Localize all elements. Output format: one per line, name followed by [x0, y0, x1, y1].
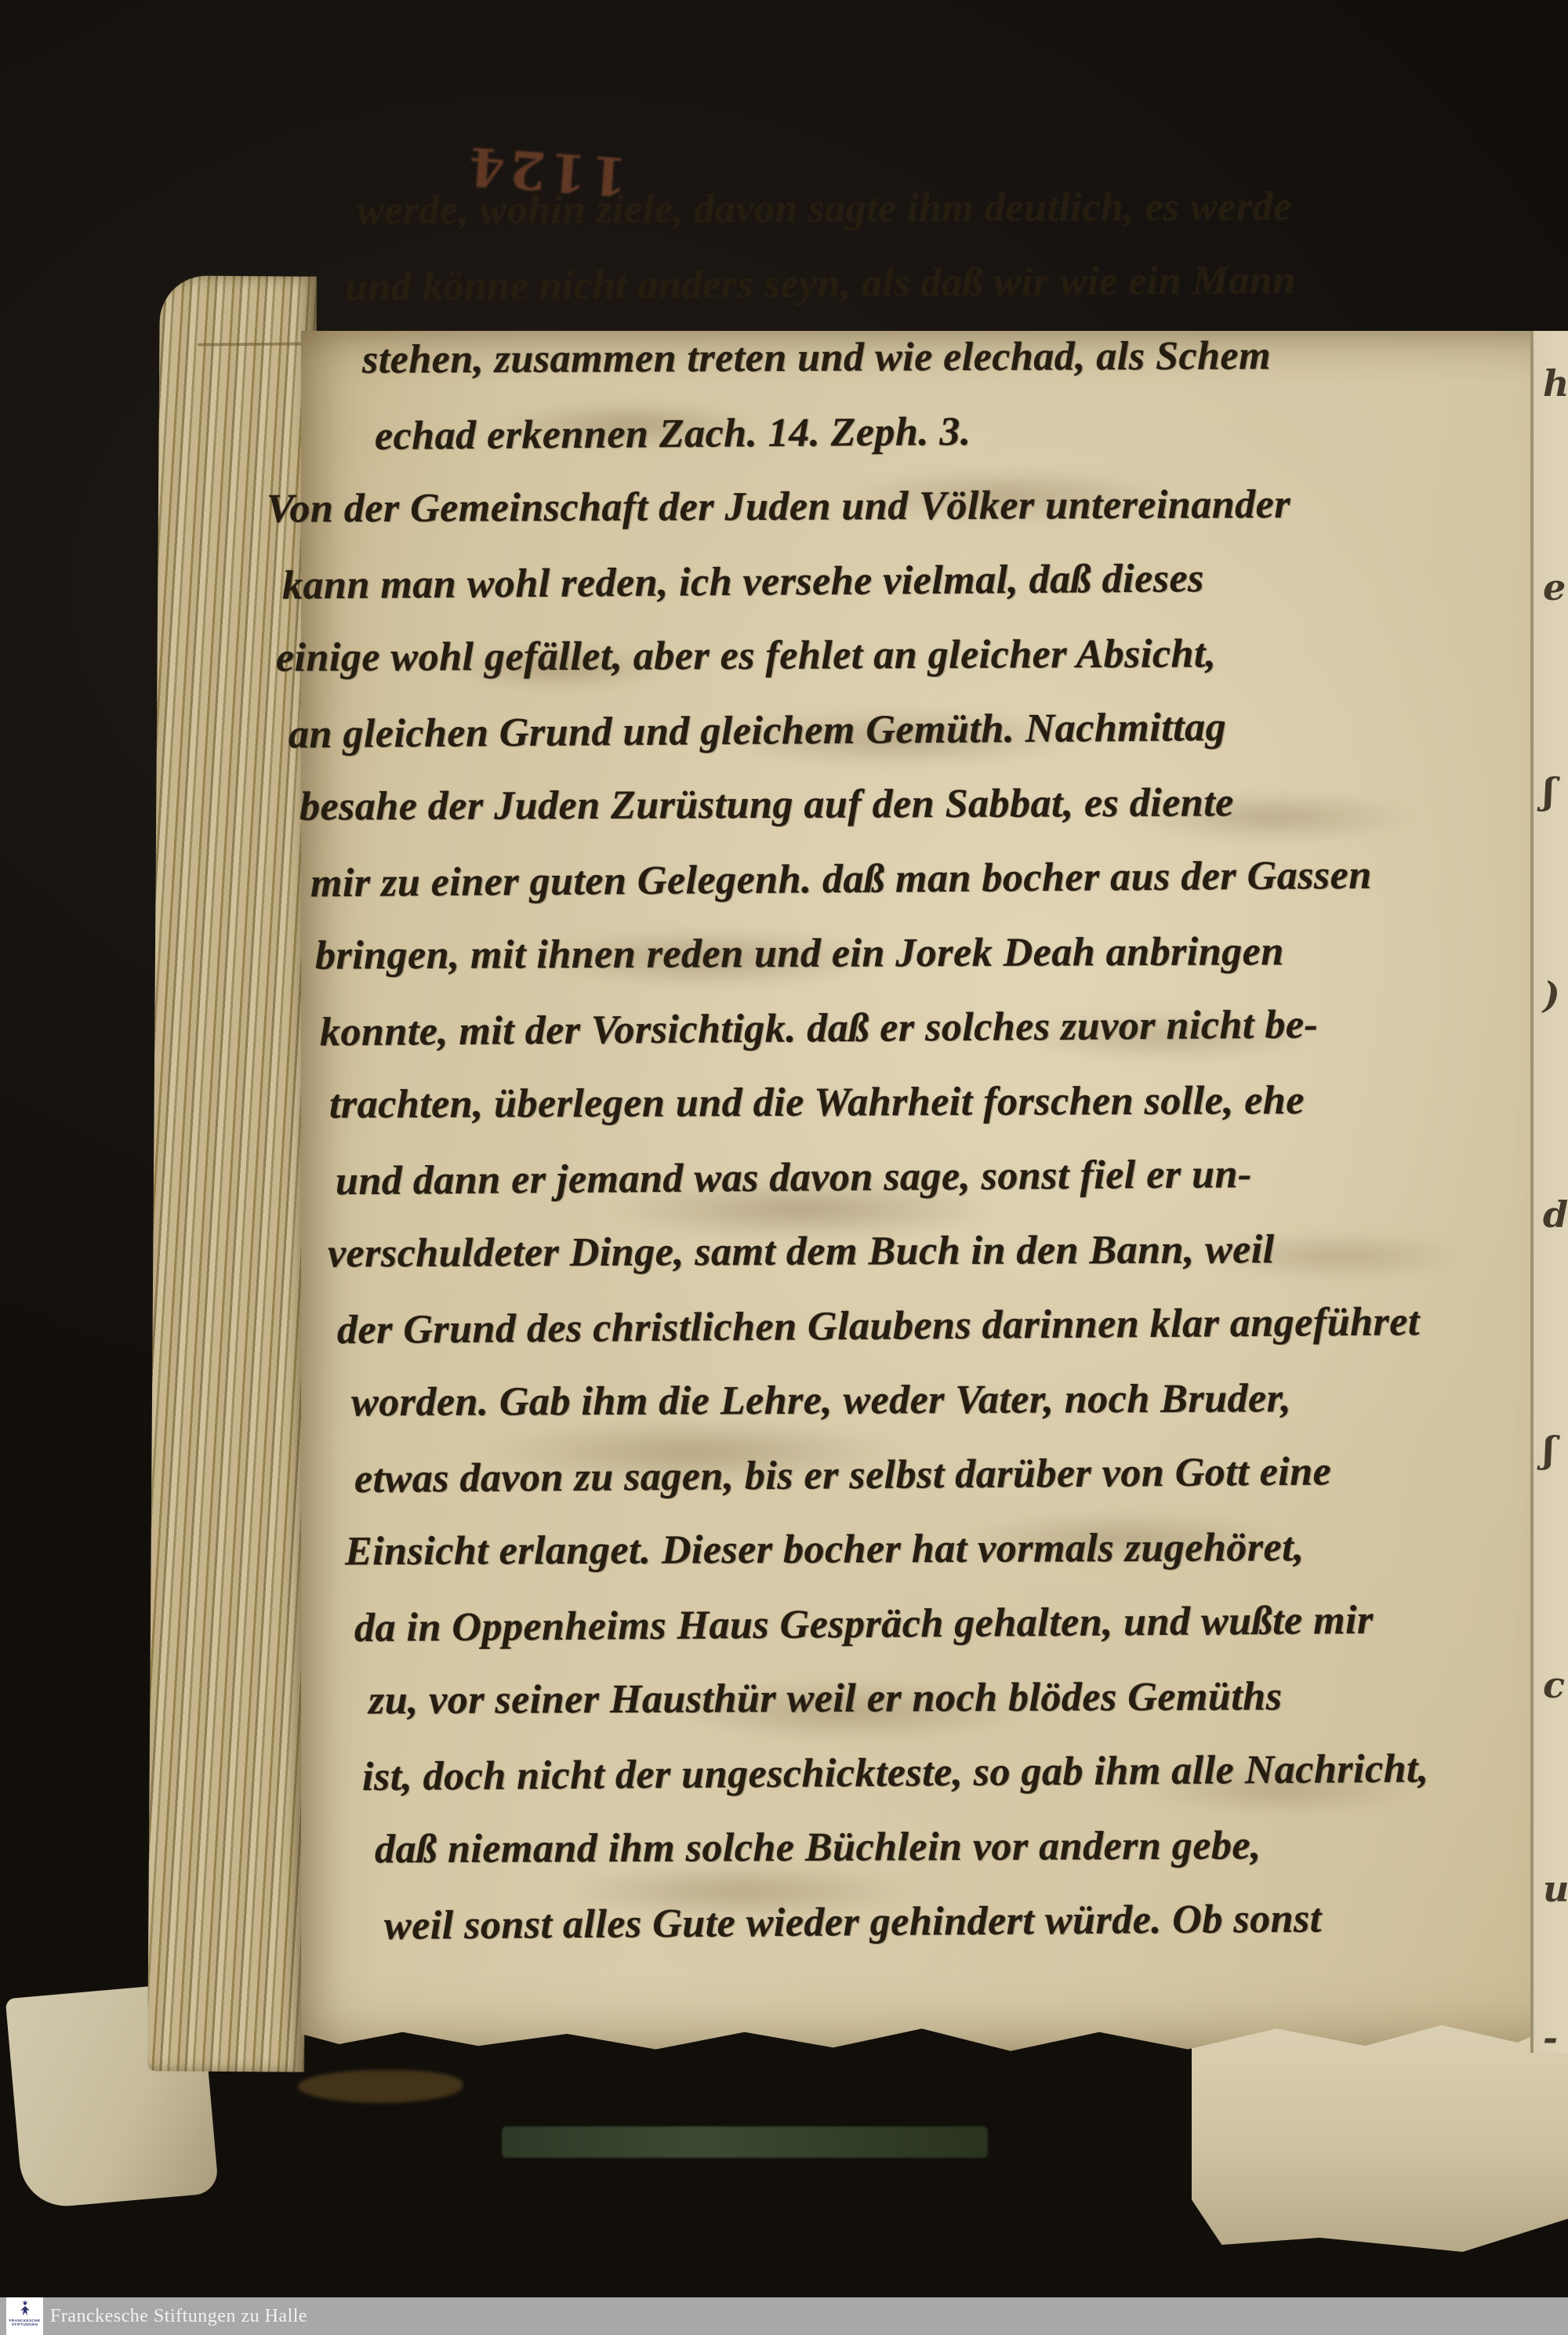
manuscript-line: einige wohl gefället, aber es fehlet an …	[276, 615, 1568, 695]
facing-page-ink-mark: -	[1543, 2017, 1558, 2059]
underlying-page-bottom	[177, 2031, 1290, 2184]
manuscript-line: und könne nicht anders seyn, als daß wir…	[345, 241, 1568, 325]
manuscript-text: werde, wohin ziele, davon sagte ihm deut…	[0, 171, 1568, 1959]
manuscript-line: besahe der Juden Zurüstung auf den Sabba…	[299, 764, 1568, 844]
manuscript-line: verschuldeter Dinge, samt dem Buch in de…	[328, 1211, 1568, 1291]
watermark-bar: FRANCKESCHE STIFTUNGEN Franckesche Stift…	[0, 2297, 1568, 2335]
eagle-sun-icon	[16, 2300, 34, 2319]
manuscript-line: bringen, mit ihnen reden und ein Jorek D…	[315, 913, 1568, 993]
manuscript-line: konnte, mit der Vorsichtigk. daß er solc…	[320, 986, 1568, 1070]
manuscript-line: daß niemand ihm solche Büchlein vor ande…	[375, 1807, 1568, 1887]
manuscript-line: zu, vor seiner Hausthür weil er noch blö…	[368, 1658, 1568, 1738]
manuscript-line: da in Oppenheims Haus Gespräch gehalten,…	[354, 1581, 1568, 1665]
manuscript-line: stehen, zusammen treten und wie elechad,…	[362, 318, 1568, 398]
manuscript-line: ist, doch nicht der ungeschickteste, so …	[362, 1730, 1568, 1814]
manuscript-line: etwas davon zu sagen, bis er selbst darü…	[354, 1433, 1568, 1516]
manuscript-line: echad erkennen Zach. 14. Zeph. 3.	[375, 390, 1568, 474]
manuscript-line: mir zu einer guten Gelegenh. daß man boc…	[310, 837, 1568, 921]
cover-sliver-bottom	[502, 2126, 988, 2158]
manuscript-line: und dann er jemand was davon sage, sonst…	[336, 1135, 1568, 1218]
manuscript-line: Einsicht erlanget. Dieser bocher hat vor…	[345, 1509, 1568, 1589]
logo-caption-line2: STIFTUNGEN	[12, 2322, 38, 2326]
franckesche-logo: FRANCKESCHE STIFTUNGEN	[6, 2297, 43, 2335]
manuscript-line: der Grund des christlichen Glaubens dari…	[337, 1284, 1568, 1367]
manuscript-line: Von der Gemeinschaft der Juden und Völke…	[267, 466, 1568, 546]
manuscript-line: weil sonst alles Gute wieder gehindert w…	[384, 1879, 1568, 1963]
manuscript-line: kann man wohl reden, ich versehe vielmal…	[282, 539, 1568, 623]
manuscript-line: an gleichen Grund und gleichem Gemüth. N…	[289, 688, 1568, 772]
manuscript-line: werde, wohin ziele, davon sagte ihm deut…	[357, 169, 1568, 249]
shadow-under-torn-edge	[298, 2070, 463, 2103]
institution-label: Franckesche Stiftungen zu Halle	[50, 2297, 307, 2335]
manuscript-line: trachten, überlegen und die Wahrheit for…	[329, 1062, 1568, 1142]
manuscript-line: worden. Gab ihm die Lehre, weder Vater, …	[351, 1360, 1568, 1440]
scanned-book-photo: h e ʃ ) d ʃ c u - 1124 werde, wohin ziel…	[0, 0, 1568, 2335]
